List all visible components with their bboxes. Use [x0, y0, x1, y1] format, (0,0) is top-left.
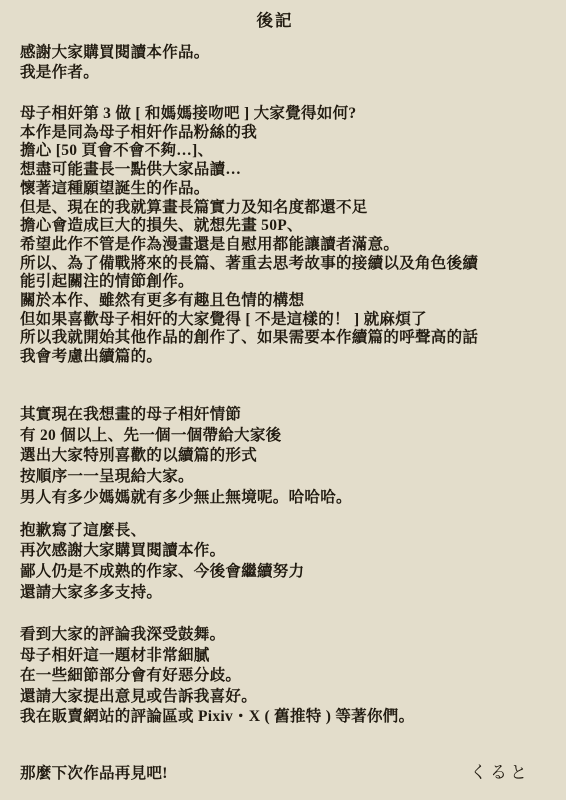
text-line: 所以、為了備戰將來的長篇、著重去思考故事的接續以及角色後續: [20, 255, 530, 274]
text-line: 關於本作、雖然有更多有趣且色情的構想: [20, 292, 530, 311]
text-line: 希望此作不管是作為漫畫還是自慰用都能讓讀者滿意。: [20, 236, 530, 255]
paragraph-thanks: 感謝大家購買閱讀本作品。 我是作者。: [20, 43, 530, 82]
text-line: 所以我就開始其他作品的創作了、如果需要本作續篇的呼聲高的話: [20, 329, 530, 348]
text-line: 母子相奸這一題材非常細膩: [20, 646, 530, 667]
text-line: 擔心會造成巨大的損失、就想先畫 50P、: [20, 217, 530, 236]
paragraph-about-work: 母子相奸第 3 做 [ 和媽媽接吻吧 ] 大家覺得如何? 本作是同為母子相奸作品…: [20, 105, 530, 367]
text-line: 在一些細節部分會有好惡分歧。: [20, 666, 530, 687]
text-line: 還請大家提出意見或告訴我喜好。: [20, 687, 530, 708]
text-line: 按順序一一呈現給大家。: [20, 467, 530, 488]
text-line: 本作是同為母子相奸作品粉絲的我: [20, 124, 530, 143]
afterword-page: 後記 感謝大家購買閱讀本作品。 我是作者。 母子相奸第 3 做 [ 和媽媽接吻吧…: [0, 0, 566, 800]
closing-row: 那麼下次作品再見吧! くると: [20, 762, 530, 784]
text-line: 但是、現在的我就算畫長篇實力及知名度都還不足: [20, 199, 530, 218]
text-line: 鄙人仍是不成熟的作家、今後會繼續努力: [20, 562, 530, 583]
text-line: 感謝大家購買閱讀本作品。: [20, 43, 530, 63]
text-line: 再次感謝大家購買閱讀本作。: [20, 541, 530, 562]
text-line: 抱歉寫了這麼長、: [20, 521, 530, 542]
text-line: 我是作者。: [20, 63, 530, 83]
text-line: 我會考慮出續篇的。: [20, 348, 530, 367]
text-line: 男人有多少媽媽就有多少無止無境呢。哈哈哈。: [20, 488, 530, 509]
farewell-text: 那麼下次作品再見吧!: [20, 763, 168, 784]
text-line: 有 20 個以上、先一個一個帶給大家後: [20, 426, 530, 447]
text-line: 其實現在我想畫的母子相奸情節: [20, 405, 530, 426]
paragraph-feedback: 看到大家的評論我深受鼓舞。 母子相奸這一題材非常細膩 在一些細節部分會有好惡分歧…: [20, 625, 530, 728]
text-line: 還請大家多多支持。: [20, 583, 530, 604]
text-line: 我在販賣網站的評論區或 Pixiv・X ( 舊推特 ) 等著你們。: [20, 707, 530, 728]
text-line: 想盡可能畫長一點供大家品讀…: [20, 161, 530, 180]
text-line: 看到大家的評論我深受鼓舞。: [20, 625, 530, 646]
text-line: 選出大家特別喜歡的以續篇的形式: [20, 446, 530, 467]
text-line: 能引起關注的情節創作。: [20, 273, 530, 292]
text-line: 母子相奸第 3 做 [ 和媽媽接吻吧 ] 大家覺得如何?: [20, 105, 530, 124]
text-line: 懷著這種願望誕生的作品。: [20, 180, 530, 199]
page-title: 後記: [20, 10, 530, 31]
paragraph-apology: 抱歉寫了這麼長、 再次感謝大家購買閱讀本作。 鄙人仍是不成熟的作家、今後會繼續努…: [20, 521, 530, 603]
text-line: 擔心 [50 頁會不會不夠…]、: [20, 142, 530, 161]
text-line: 但如果喜歡母子相奸的大家覺得 [ 不是這樣的！ ] 就麻煩了: [20, 311, 530, 330]
paragraph-future-plans: 其實現在我想畫的母子相奸情節 有 20 個以上、先一個一個帶給大家後 選出大家特…: [20, 405, 530, 509]
author-name: くると: [470, 762, 530, 783]
